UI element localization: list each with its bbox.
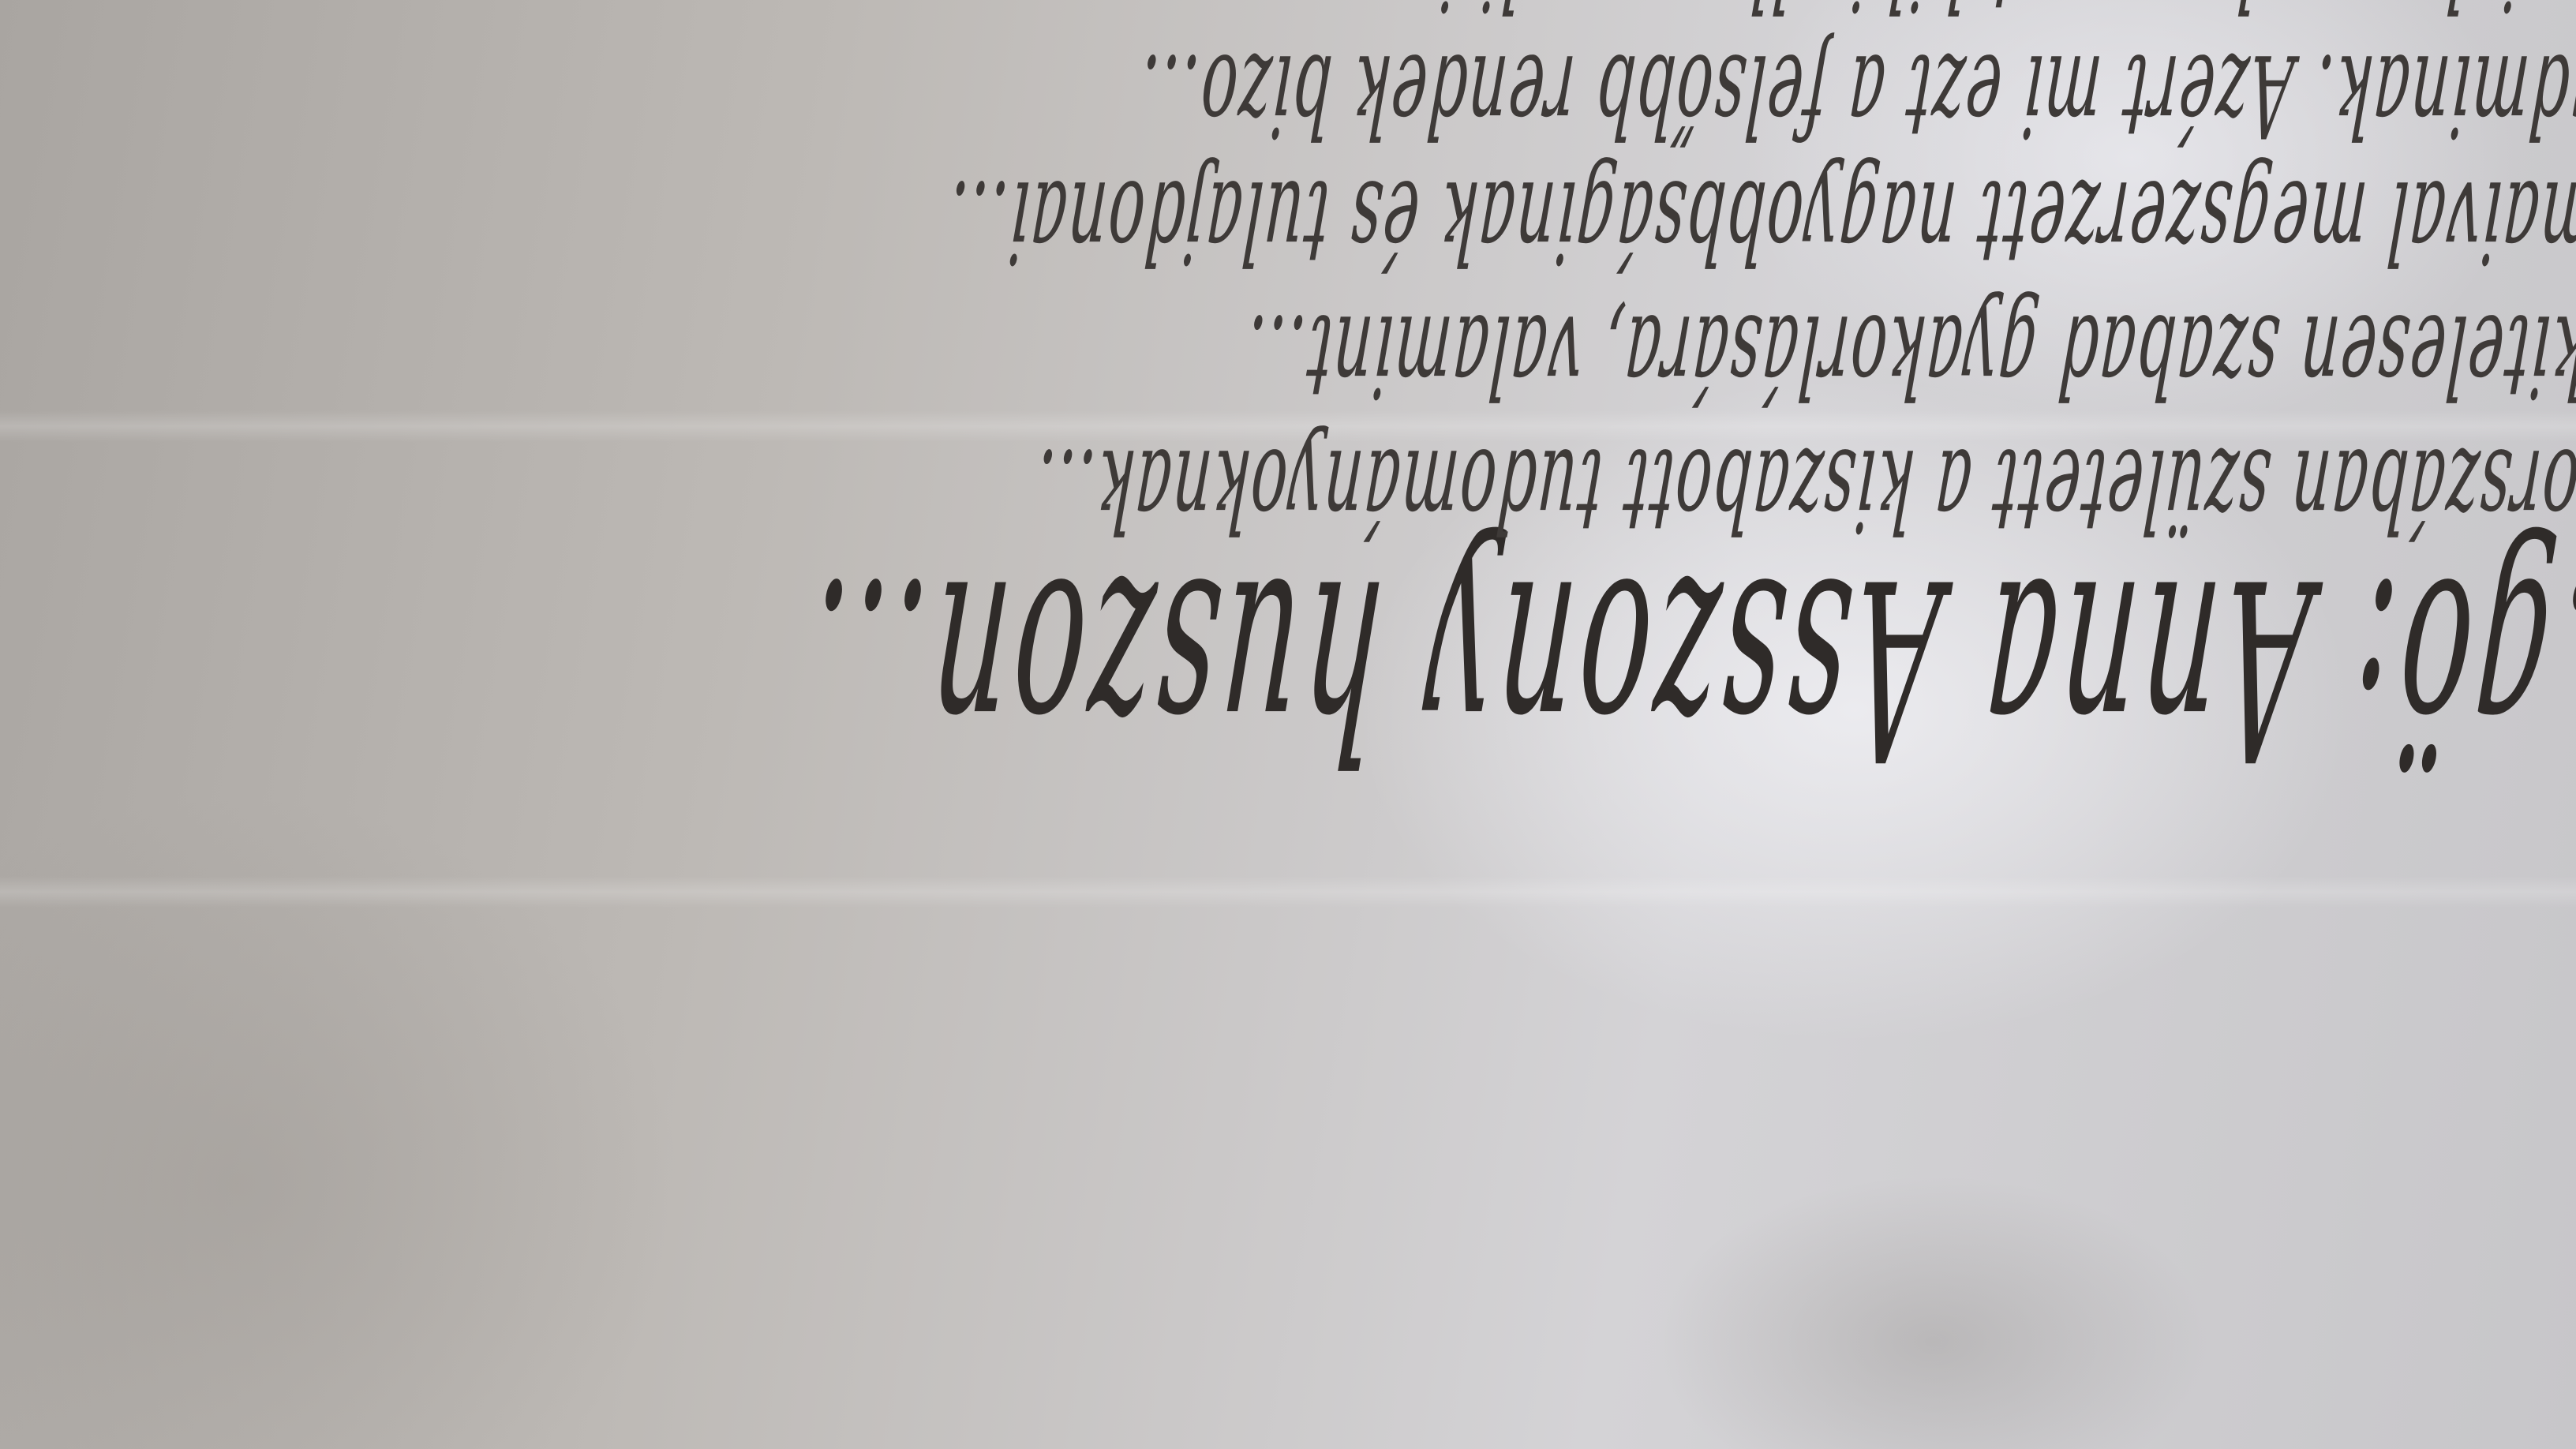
document-photo: …gö: Anna Asszony huszon… …orszában szül…: [0, 0, 2576, 1449]
handwritten-line: …orszában született a kiszabott tudomány…: [1029, 424, 2576, 557]
handwritten-line: …kitelesen szabad gyakorlására, valamint…: [1240, 290, 2576, 423]
handwritten-line: …adminak. Azért mi ezt a felsőbb rendek …: [1133, 29, 2576, 163]
handwritten-line-title: …gö: Anna Asszony huszon…: [794, 522, 2576, 811]
handwritten-line: …és jelesen, hogy ezt kiki elhagyandi is…: [1215, 0, 2576, 36]
handwritten-line: …maival megszerzett nagyobbságinak és tu…: [942, 155, 2576, 289]
handwritten-text-block: …gö: Anna Asszony huszon… …orszában szül…: [0, 0, 2576, 1449]
